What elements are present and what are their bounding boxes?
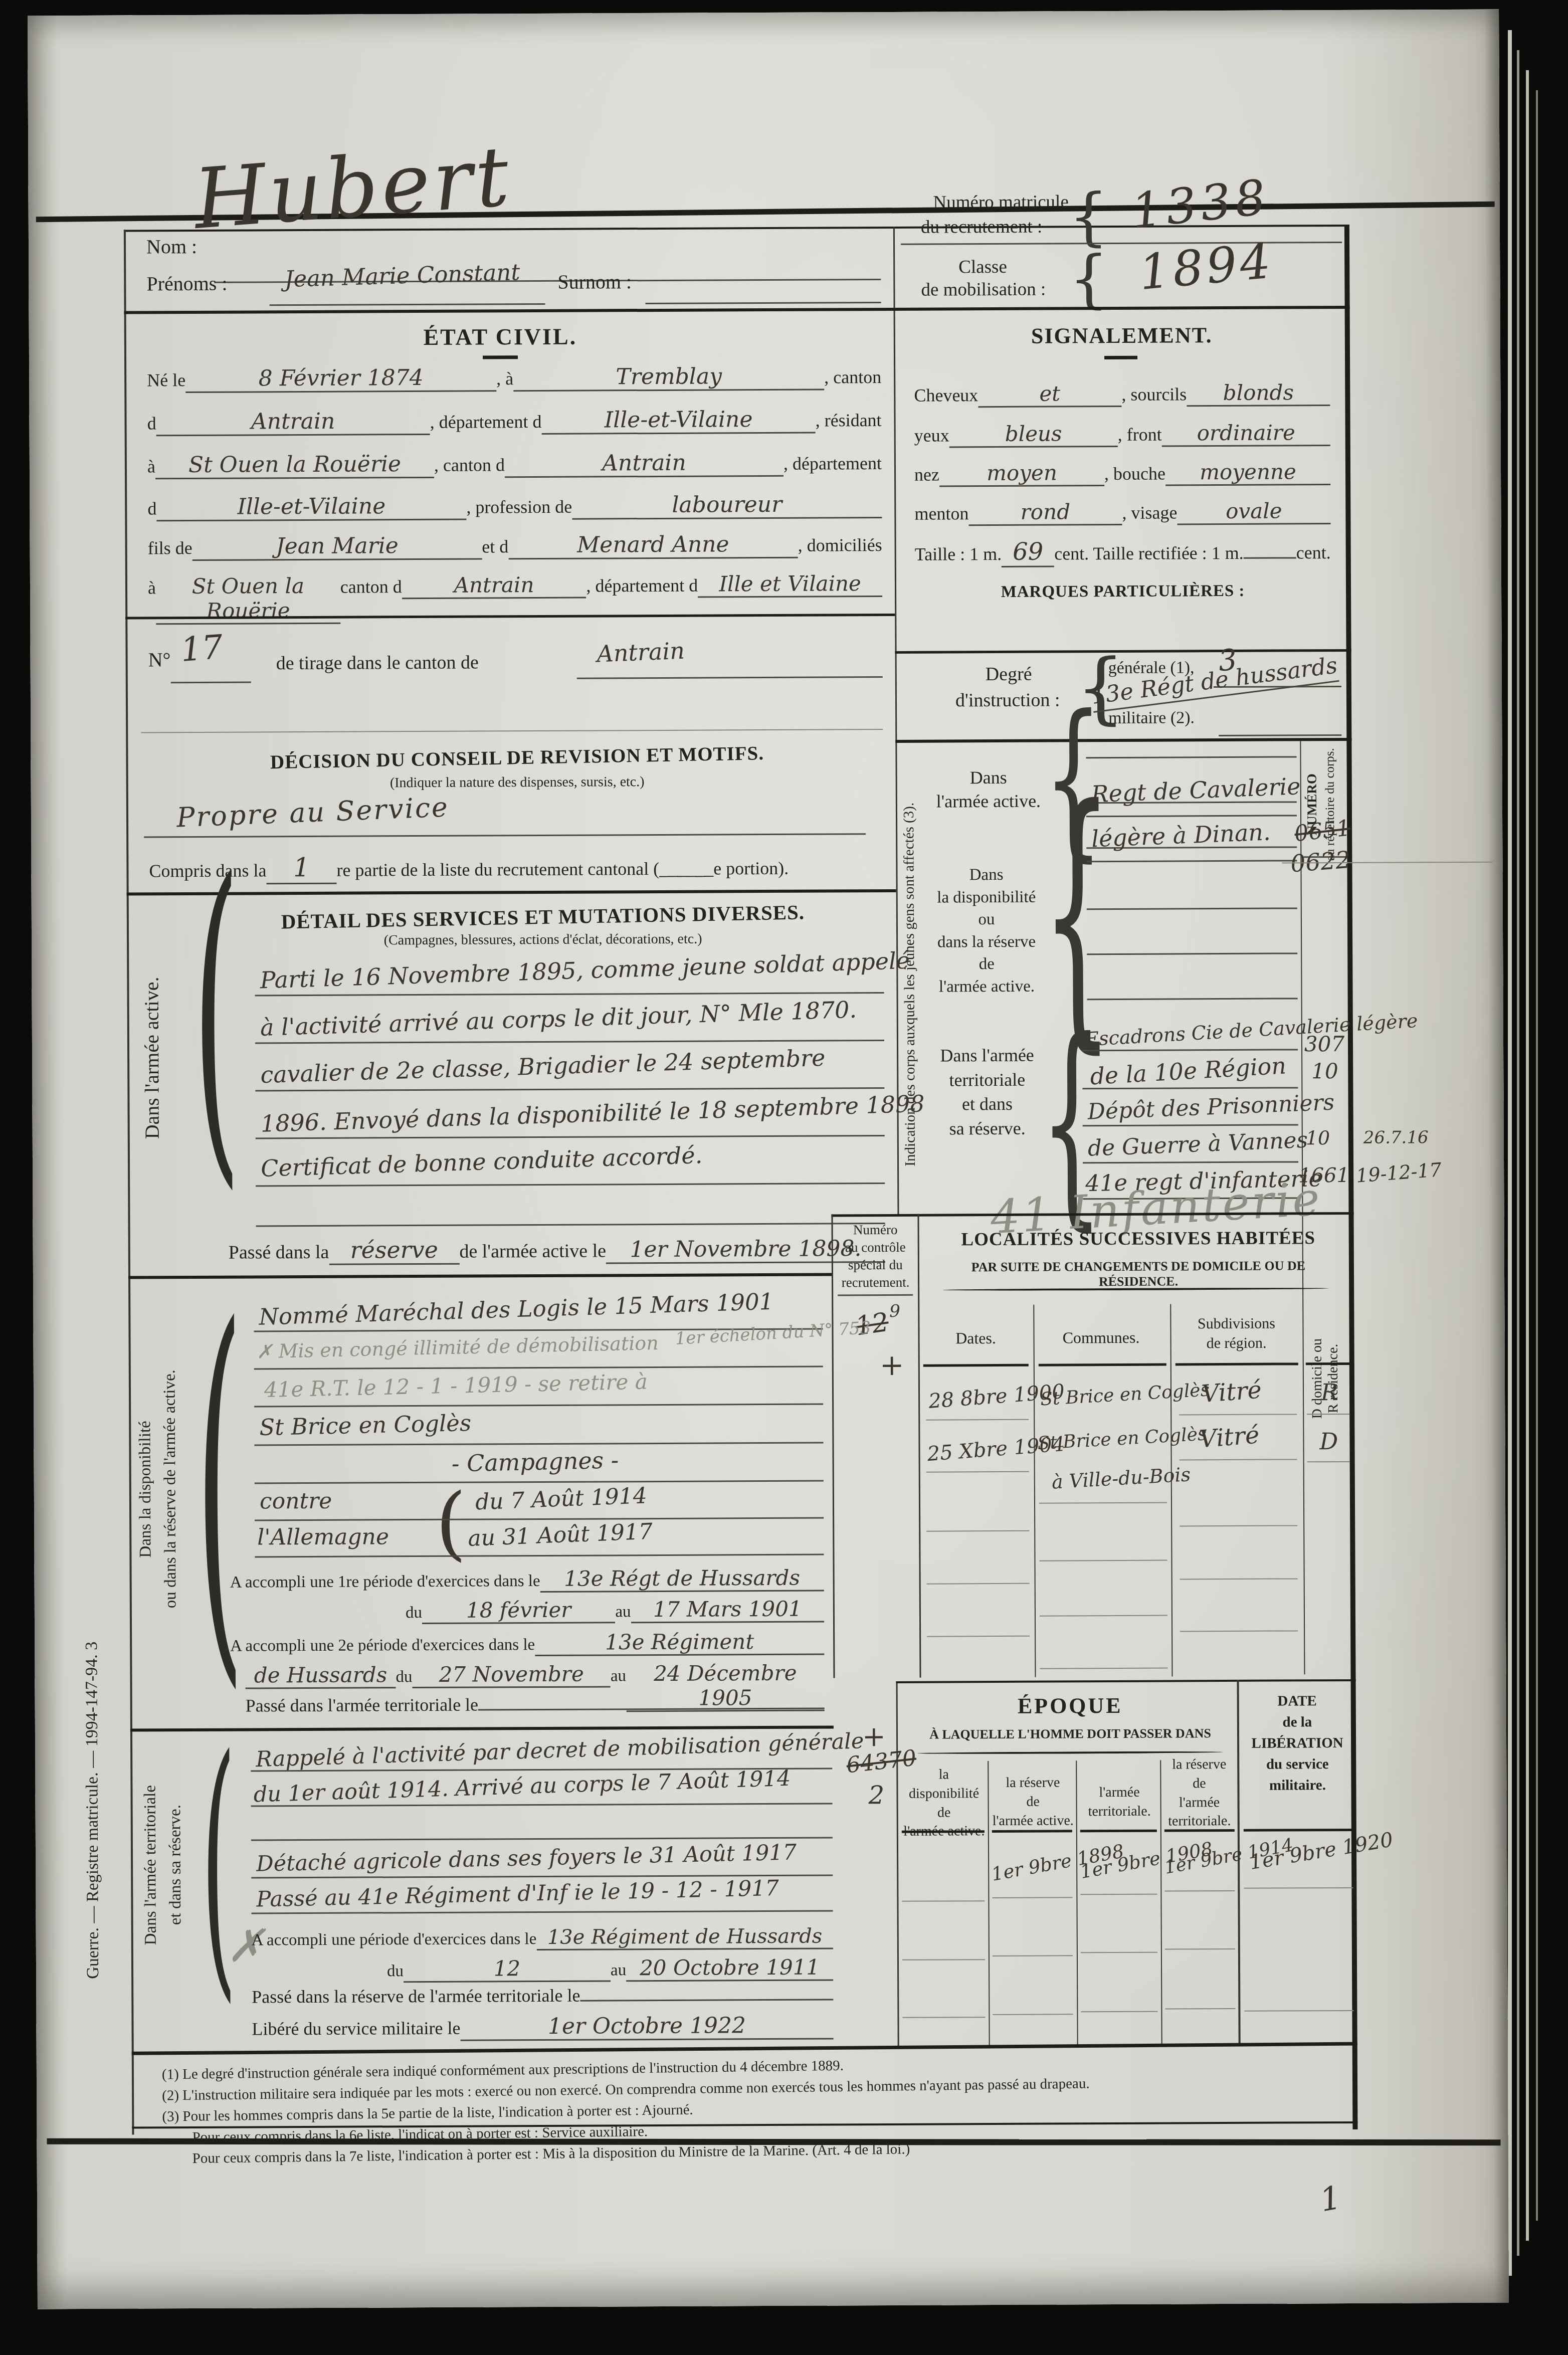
epoque-left-border (896, 1681, 899, 2047)
sig-row-2: yeuxbleus , frontordinaire (914, 420, 1330, 448)
passe-reserve-row: Passé dans laréserve de l'armée active l… (229, 1234, 885, 1266)
dispo-contre-date-2: au 31 Août 1917 (467, 1519, 653, 1551)
loc-r2-rule-c (1180, 1459, 1297, 1460)
corps-active-line-1 (1086, 756, 1297, 758)
classe-value: 1894 (1137, 233, 1276, 301)
sig-row-1: Cheveuxet , sourcilsblonds (914, 380, 1330, 408)
terr-blank-rule-1 (251, 1837, 833, 1841)
corps-dispo-crossed-1: 0651 (1293, 815, 1352, 847)
epoque-head-rule-2 (992, 1830, 1072, 1833)
header-band-divider (124, 306, 1350, 314)
tirage-thin-line (141, 729, 883, 733)
nom-label: Nom : (146, 235, 197, 258)
localites-h-subdiv: Subdivisions de région. (1173, 1313, 1299, 1353)
corps-terr-num1: 307 (1304, 1032, 1344, 1056)
terr-side-label: Dans l'armée territoriale et dans sa rés… (138, 1739, 188, 1990)
signalement-title: SIGNALEMENT. (966, 322, 1277, 349)
dispo-campagnes: - Campagnes - (359, 1444, 711, 1479)
surnom-line (646, 302, 881, 304)
spine-imprint: Guerre. — Registre matricule. — 1994-147… (82, 1610, 103, 2011)
services-side-label: Dans l'armée active. (139, 917, 164, 1198)
loc-r1-subdiv: Vitré (1201, 1376, 1263, 1409)
services-blank-rule (256, 1223, 885, 1227)
epoque-blank-5 (1244, 2010, 1353, 2012)
degre-label-1: Degré (986, 663, 1032, 685)
services-rule-4 (256, 1135, 885, 1139)
loc-blank-2a (927, 1583, 1030, 1585)
loc-blank-3c (1180, 1630, 1298, 1632)
loc-blank-1b (1180, 1525, 1297, 1526)
epoque-top-rule (896, 1679, 1356, 1683)
sig-row-3: nezmoyen , bouchemoyenne (914, 459, 1330, 487)
corps-numero-header: NUMÉRO (1304, 744, 1320, 865)
bottom-handwritten-mark: 1 (1317, 2179, 1344, 2219)
dispo-allemagne: l'Allemagne (257, 1524, 389, 1550)
corps-terr-line2: de la 10e Région (1089, 1052, 1287, 1090)
dispo-periode1-row: A accompli une 1re période d'exercices d… (230, 1565, 824, 1594)
localites-head-rule-a (923, 1364, 1029, 1367)
etat-row-3: àSt Ouen la Rouërie , canton dAntrain , … (147, 449, 882, 479)
epoque-blank-8 (1081, 2011, 1157, 2013)
epoque-ornament (917, 1751, 1223, 1754)
surnom-label: Surnom : (557, 270, 632, 294)
dispo-line-4: St Brice en Coglès (259, 1410, 472, 1441)
dispo-contre-brace: ( (435, 1483, 467, 1563)
epoque-val-rule-1 (902, 1900, 985, 1902)
prenoms-value: Jean Marie Constant (284, 259, 521, 292)
book-page-edge-2 (1517, 50, 1519, 2256)
etat-row-1: Né le8 Février 1874 , àTremblay , canton (147, 363, 881, 393)
dispo-passe-terr-row: Passé dans l'armée territoriale le (246, 1693, 825, 1716)
corps-terr-rule4 (1083, 1161, 1298, 1163)
matricule-label: Numéro matricule (918, 190, 1084, 215)
loc-blank-1a (926, 1530, 1029, 1532)
services-rule-1 (255, 992, 884, 996)
corps-dispo-line-4 (1087, 952, 1297, 955)
epoque-blank-3 (1081, 1952, 1157, 1953)
corps-terr-label: Dans l'armée territoriale et dans sa rés… (927, 1043, 1048, 1141)
decision-band-divider (127, 889, 896, 896)
loc-blank-3a (927, 1636, 1030, 1637)
dispo-rule-5 (255, 1480, 824, 1484)
services-rule-5 (256, 1183, 885, 1187)
epoque-v5-value: 1er 9bre 1920 (1248, 1828, 1395, 1874)
sig-row-4: mentonrond , visageovale (914, 498, 1330, 526)
prenoms-label: Prénoms : (146, 272, 227, 296)
localites-head-rule-c (1175, 1362, 1298, 1365)
corps-terr-num3: 10 (1306, 1127, 1330, 1149)
dispo-line-2b: 1er échelon du N° 753 (675, 1318, 872, 1349)
terr-passe-res-row: Passé dans la réserve de l'armée territo… (252, 1984, 833, 2007)
loc-r1-rule-d (1307, 1414, 1349, 1415)
dispo-side-label: Dans la disponibilité ou dans la réserve… (132, 1291, 183, 1687)
localites-col-2 (1170, 1304, 1172, 1676)
loc-r1-dr: R (1321, 1379, 1338, 1406)
terr-margin-2: 2 (868, 1781, 884, 1810)
services-line-1: Parti le 16 Novembre 1895, comme jeune s… (260, 947, 910, 994)
main-divider (893, 227, 899, 1215)
terr-periodeb-row: du12 au20 Octobre 1911 (387, 1954, 833, 1983)
dispo-line-2: ✗ Mis en congé illimité de démobilisatio… (256, 1332, 659, 1362)
tirage-no-line (171, 681, 251, 683)
loc-r1-commune: St Brice en Coglès (1040, 1380, 1210, 1410)
loc-blank-2b (1039, 1560, 1167, 1561)
services-rule-2 (255, 1040, 884, 1044)
etat-row-5: fils deJean Marie et dMenard Anne , domi… (148, 531, 882, 561)
epoque-val-rule-5 (1244, 1887, 1353, 1889)
corps-terr-rule3 (1083, 1124, 1298, 1126)
dispo-rule-2 (254, 1366, 823, 1370)
corps-active-label: Dans l'armée active. (931, 766, 1046, 814)
services-line-4: 1896. Envoyé dans la disponibilité le 18… (260, 1090, 925, 1137)
loc-r2-rule-a (926, 1471, 1029, 1473)
corps-dispo-line-1 (1086, 815, 1297, 817)
dispo-brace: ( (194, 1278, 245, 1689)
terr-rule-4 (252, 1910, 833, 1914)
etat-row-4: dIlle-et-Vilaine , profession delaboureu… (147, 491, 882, 521)
corps-terr-rule1 (1082, 1049, 1298, 1051)
degre-militaire-line (1219, 734, 1341, 736)
corps-terr-line1: Escadrons Cie de Cavalerie légère (1084, 1010, 1418, 1051)
epoque-blank-6 (902, 2017, 985, 2018)
tirage-value: Antrain (597, 637, 685, 668)
localites-h-dates: Dates. (923, 1329, 1028, 1348)
dispo-rule-6 (255, 1517, 824, 1521)
decision-line (144, 833, 866, 838)
epoque-val-rule-2 (992, 1897, 1072, 1898)
classe-label-2: de mobilisation : (921, 279, 1046, 301)
controle-header-rule (838, 1294, 913, 1296)
etat-row-2: dAntrain , département dIlle-et-Vilaine … (147, 406, 881, 436)
signalement-ornament (1104, 356, 1137, 359)
corps-terr-line3: Dépôt des Prisonniers (1087, 1089, 1335, 1124)
corps-indication-label: Indication des corps auxquels les jeunes… (900, 751, 919, 1218)
etat-civil-ornament (483, 355, 518, 359)
loc-blank-4b (1040, 1668, 1167, 1669)
dispo-line-3: 41e R.T. le 12 - 1 - 1919 - se retire à (264, 1369, 648, 1402)
tirage-line (577, 676, 883, 679)
loc-blank-2c (1180, 1578, 1298, 1580)
terr-line-4: Passé au 41e Régiment d'Inf ie le 19 - 1… (256, 1876, 779, 1912)
services-brace: ( (191, 840, 241, 1191)
corps-dispo-line-3 (1087, 907, 1297, 910)
epoque-head-rule-4 (1164, 1829, 1235, 1832)
tirage-no-value: 17 (179, 628, 224, 669)
epoque-v1 (988, 1761, 990, 2047)
book-page-edge-3 (1526, 70, 1529, 2241)
services-line-2: à l'activité arrivé au corps le dit jour… (260, 996, 857, 1041)
epoque-title: ÉPOQUE (907, 1692, 1233, 1719)
services-line-3: cavalier de 2e classe, Brigadier le 24 s… (260, 1044, 826, 1088)
terr-libere-row: Libéré du service militaire le1er Octobr… (252, 2012, 833, 2042)
terr-line-2: du 1er août 1914. Arrivé au corps le 7 A… (253, 1766, 791, 1808)
compris-row: Compris dans la1 re partie de la liste d… (149, 850, 883, 885)
terr-line-3: Détaché agricole dans ses foyers le 31 A… (256, 1840, 797, 1877)
services-line-5: Certificat de bonne conduite accordé. (260, 1141, 702, 1182)
epoque-blank-1 (902, 1959, 985, 1960)
services-title: DÉTAIL DES SERVICES ET MUTATIONS DIVERSE… (197, 898, 889, 935)
book-page-edges (1508, 30, 1512, 2276)
dispo-contre-date-1: du 7 Août 1914 (475, 1483, 647, 1515)
corps-terr-date1: 26.7.16 (1363, 1127, 1429, 1148)
epoque-val-rule-3 (1080, 1894, 1157, 1895)
corps-terr-num2: 10 (1311, 1059, 1338, 1083)
degre-militaire-label: militaire (2). (1108, 708, 1195, 728)
loc-r1-rule-c (1179, 1414, 1297, 1415)
dispo-rule-3 (254, 1404, 823, 1408)
corps-terr-line4: de Guerre à Vannes (1087, 1127, 1308, 1161)
dispo-rule-4 (254, 1442, 823, 1446)
controle-header: Numéro au contrôle spécial du recrutemen… (834, 1221, 917, 1292)
marques-label: MARQUES PARTICULIÈRES : (967, 582, 1278, 602)
corps-terr-rule2 (1082, 1087, 1298, 1089)
decision-subtitle: (Indiquer la nature des dispenses, sursi… (171, 773, 863, 792)
controle-col-right (917, 1214, 921, 1678)
localites-subtitle: PAR SUITE DE CHANGEMENTS DE DOMICILE OU … (930, 1258, 1346, 1290)
loc-r2-subdiv: Vitré (1199, 1421, 1261, 1454)
dispo-contre: contre (260, 1488, 332, 1514)
matricule-brace: { (1069, 185, 1109, 248)
corps-dispo-margin-line (1282, 862, 1492, 864)
corps-dispo-label: Dans la disponibilité ou dans la réserve… (923, 864, 1049, 998)
frame-left (124, 230, 134, 2135)
corps-dispo-line-5 (1087, 998, 1298, 1000)
prenoms-line (270, 303, 545, 306)
epoque-val-rule-4 (1164, 1890, 1235, 1892)
loc-blank-3b (1040, 1615, 1167, 1617)
services-subtitle: (Campagnes, blessures, actions d'éclat, … (197, 930, 889, 949)
classe-brace: { (1069, 248, 1109, 310)
classe-label-1: Classe (958, 256, 1007, 278)
decision-title: DÉCISION DU CONSEIL DE REVISION ET MOTIF… (171, 740, 863, 775)
dispo-periode2-row: A accompli une 2e période d'exercices da… (230, 1629, 824, 1658)
tirage-no-label: N° (148, 648, 171, 671)
register-page: Guerre. — Registre matricule. — 1994-147… (28, 10, 1509, 2309)
epoque-subtitle: À LAQUELLE L'HOMME DOIT PASSER DANS (907, 1726, 1233, 1742)
loc-r2-rule-d (1307, 1461, 1350, 1462)
book-page-edge-4 (1536, 90, 1538, 2221)
loc-r2-dr: D (1319, 1428, 1338, 1455)
loc-r2-commune-2: à Ville-du-Bois (1051, 1463, 1191, 1493)
epoque-col3-header: l'armée territoriale. (1078, 1783, 1160, 1821)
epoque-head-rule-5 (1244, 1829, 1353, 1832)
tirage-label: de tirage dans le canton de (276, 652, 479, 675)
localites-col-1 (1033, 1305, 1036, 1677)
epoque-col2-header: la réserve de l'armée active. (990, 1773, 1075, 1830)
localites-title: LOCALITÉS SUCCESSIVES HABITÉES (930, 1227, 1346, 1251)
terr-margin-plus: + (862, 1720, 886, 1753)
dispo-band-divider (130, 1725, 834, 1731)
epoque-blank-4 (1165, 1948, 1235, 1950)
degre-band-divider (895, 738, 1351, 743)
loc-r1-rule-a (926, 1419, 1029, 1421)
sig-taille-row: Taille : 1 m.69 cent. Taille rectifiée :… (915, 536, 1331, 568)
localites-h-communes: Communes. (1036, 1328, 1166, 1347)
dispo-rule-7 (255, 1554, 824, 1558)
etat-civil-title: ÉTAT CIVIL. (350, 323, 651, 351)
dispo-line-1: Nommé Maréchal des Logis le 15 Mars 1901 (259, 1288, 774, 1330)
epoque-head-rule-3 (1080, 1830, 1157, 1833)
matricule-label-2: du recrutement : (921, 216, 1043, 238)
terr-periode-row: A accompli une période d'exercices dans … (252, 1924, 833, 1951)
epoque-head-rule-1 (902, 1830, 985, 1833)
matricule-divider (901, 242, 1342, 245)
services-rule-3 (255, 1087, 884, 1091)
epoque-blank-7 (993, 2014, 1073, 2015)
epoque-blank-2 (993, 1955, 1073, 1956)
loc-r2-commune-1: St Brice en Coglès (1037, 1424, 1208, 1454)
terr-line-1: Rappelé à l'activité par decret de mobil… (256, 1728, 864, 1772)
localites-head-rule-d (1306, 1362, 1351, 1365)
controle-plus: + (880, 1348, 904, 1382)
controle-sup: 9 (889, 1301, 900, 1321)
loc-r2-rule-b (1039, 1502, 1167, 1504)
corps-dispo-line-2 (1086, 860, 1297, 862)
epoque-blank-9 (1165, 2008, 1235, 2010)
localites-head-rule-b (1039, 1363, 1166, 1366)
scanned-register-photo: Guerre. — Registre matricule. — 1994-147… (0, 0, 1568, 2355)
epoque-col4-header: la réserve de l'armée territoriale. (1162, 1755, 1237, 1831)
matricule-value: 1338 (1128, 169, 1272, 240)
dispo-periode1b-row: du18 février au17 Mars 1901 (406, 1597, 824, 1625)
corps-terr-date2: 19-12-17 (1355, 1158, 1443, 1187)
epoque-date-header: DATE de la LIBÉRATION du service militai… (1242, 1690, 1353, 1796)
